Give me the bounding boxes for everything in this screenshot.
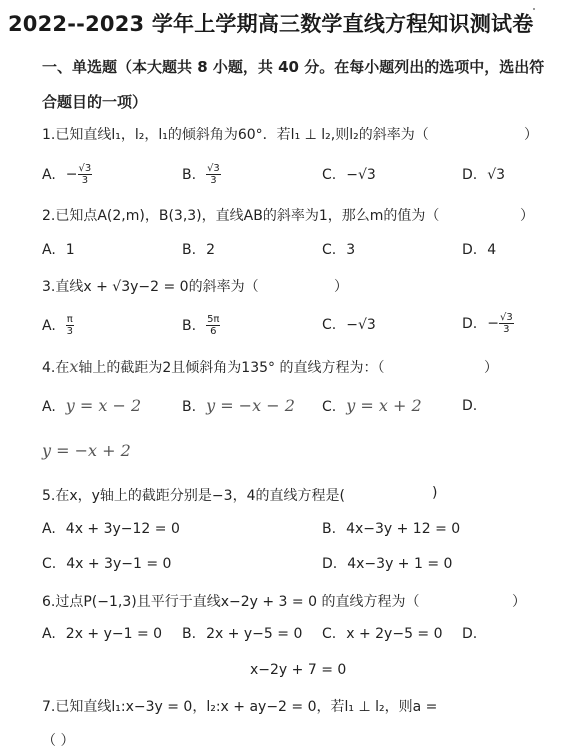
question-6-stem: 6.过点P(−1,3)且平行于直线x−2y + 3 = 0 的直线方程为（ xyxy=(42,591,419,611)
option-sign: − xyxy=(66,167,78,183)
question-3-option-b[interactable]: B.5π6 xyxy=(182,314,220,337)
question-5-option-a[interactable]: A.4x + 3y−12 = 0 xyxy=(42,521,180,537)
question-number: 6. xyxy=(42,594,55,610)
question-1-option-b[interactable]: B.√33 xyxy=(182,163,221,186)
option-value: 2x + y−1 = 0 xyxy=(66,626,162,642)
question-5-close-paren: ) xyxy=(432,485,437,501)
question-7-answer-blank: （ ） xyxy=(42,730,74,750)
option-value: 4x−3y + 12 = 0 xyxy=(346,521,460,537)
option-label: D. xyxy=(462,167,477,183)
question-2-option-b[interactable]: B.2 xyxy=(182,242,215,258)
question-text: 已知直线l₁:x−3y = 0，l₂:x + ay−2 = 0，若l₁ ⊥ l₂… xyxy=(55,699,437,715)
question-6-option-d-value[interactable]: x−2y + 7 = 0 xyxy=(250,662,346,678)
question-3-option-a[interactable]: A.π3 xyxy=(42,314,74,337)
option-value: y = −x + 2 xyxy=(42,441,131,460)
numerator: π xyxy=(66,314,74,326)
option-label: C. xyxy=(322,242,336,258)
question-4-option-c[interactable]: C.y = x + 2 xyxy=(322,396,422,415)
option-value: 4 xyxy=(487,242,496,258)
option-sign: − xyxy=(487,316,499,332)
option-label: A. xyxy=(42,242,56,258)
question-number: 1. xyxy=(42,127,55,143)
question-7-stem: 7.已知直线l₁:x−3y = 0，l₂:x + ay−2 = 0，若l₁ ⊥ … xyxy=(42,696,437,716)
option-label: A. xyxy=(42,521,56,537)
denominator: 3 xyxy=(503,324,509,335)
question-text: 过点P(−1,3)且平行于直线x−2y + 3 = 0 的直线方程为（ xyxy=(55,594,419,610)
option-value: 4x−3y + 1 = 0 xyxy=(347,556,452,572)
question-6-close-paren: ） xyxy=(512,591,526,611)
question-2-option-d[interactable]: D.4 xyxy=(462,242,496,258)
option-value: −√3 xyxy=(346,167,376,183)
question-6-option-d-label[interactable]: D. xyxy=(462,626,477,642)
question-number: 2. xyxy=(42,208,55,224)
option-value: 4x + 3y−12 = 0 xyxy=(66,521,180,537)
question-2-close-paren: ） xyxy=(520,205,534,225)
question-text: 在 xyxy=(55,360,69,376)
fraction: √33 xyxy=(206,163,221,186)
denominator: 6 xyxy=(210,326,216,337)
question-4-option-b[interactable]: B.y = −x − 2 xyxy=(182,396,295,415)
option-label: C. xyxy=(322,399,336,415)
fraction: √33 xyxy=(78,163,93,186)
question-text: 已知点A(2,m)，B(3,3)，直线AB的斜率为1，那么m的值为（ xyxy=(55,208,439,224)
option-value: −√3 xyxy=(346,317,376,333)
option-value: y = x − 2 xyxy=(66,396,141,415)
denominator: 3 xyxy=(82,175,88,186)
option-value: 4x + 3y−1 = 0 xyxy=(66,556,171,572)
question-number: 5. xyxy=(42,488,55,504)
option-label: C. xyxy=(42,556,56,572)
question-text: 已知直线l₁，l₂，l₁的倾斜角为60°．若l₁ ⊥ l₂,则l₂的斜率为（ xyxy=(55,127,428,143)
option-label: B. xyxy=(182,242,196,258)
numerator: 5π xyxy=(206,314,220,326)
question-number: 4. xyxy=(42,360,55,376)
option-label: C. xyxy=(322,167,336,183)
question-4-option-a[interactable]: A.y = x − 2 xyxy=(42,396,141,415)
question-2-option-c[interactable]: C.3 xyxy=(322,242,355,258)
question-number: 7. xyxy=(42,699,55,715)
option-value: y = x + 2 xyxy=(346,396,421,415)
question-5-option-b[interactable]: B.4x−3y + 12 = 0 xyxy=(322,521,460,537)
fraction: 5π6 xyxy=(206,314,220,337)
question-1-option-c[interactable]: C.−√3 xyxy=(322,167,376,183)
question-6-option-a[interactable]: A.2x + y−1 = 0 xyxy=(42,626,162,642)
option-label: D. xyxy=(462,242,477,258)
option-value: y = −x − 2 xyxy=(206,396,295,415)
question-1-close-paren: ） xyxy=(524,124,538,144)
option-value: 3 xyxy=(346,242,355,258)
document-title: 2022--2023 学年上学期高三数学直线方程知识测试卷 xyxy=(8,8,533,38)
question-4-option-d-value[interactable]: y = −x + 2 xyxy=(42,441,131,460)
denominator: 3 xyxy=(67,326,73,337)
question-text: 在x，y轴上的截距分别是−3，4的直线方程是( xyxy=(55,488,345,504)
question-1-option-d[interactable]: D.√3 xyxy=(462,167,505,183)
question-number: 3. xyxy=(42,279,55,295)
question-3-option-c[interactable]: C.−√3 xyxy=(322,317,376,333)
question-4-stem: 4.在x轴上的截距为2且倾斜角为135° 的直线方程为：（ xyxy=(42,357,384,377)
option-label: B. xyxy=(182,167,196,183)
option-label: D. xyxy=(322,556,337,572)
option-value: √3 xyxy=(487,167,505,183)
question-text: 直线x + √3y−2 = 0的斜率为（ xyxy=(55,279,258,295)
question-6-option-c[interactable]: C.x + 2y−5 = 0 xyxy=(322,626,443,642)
option-label: C. xyxy=(322,317,336,333)
option-value: 2x + y−5 = 0 xyxy=(206,626,302,642)
numerator: √3 xyxy=(78,163,93,175)
question-2-stem: 2.已知点A(2,m)，B(3,3)，直线AB的斜率为1，那么m的值为（ xyxy=(42,205,439,225)
denominator: 3 xyxy=(210,175,216,186)
question-5-option-d[interactable]: D.4x−3y + 1 = 0 xyxy=(322,556,452,572)
option-label: A. xyxy=(42,318,56,334)
question-2-option-a[interactable]: A.1 xyxy=(42,242,75,258)
question-text: 轴上的截距为2且倾斜角为135° 的直线方程为：（ xyxy=(78,360,384,376)
numerator: √3 xyxy=(499,312,514,324)
fraction: π3 xyxy=(66,314,74,337)
section-heading-line2: 合题目的一项） xyxy=(42,91,147,112)
option-value: x + 2y−5 = 0 xyxy=(346,626,442,642)
question-1-option-a[interactable]: A.−√33 xyxy=(42,163,92,186)
option-label: A. xyxy=(42,399,56,415)
question-5-stem: 5.在x，y轴上的截距分别是−3，4的直线方程是( xyxy=(42,485,345,505)
question-3-stem: 3.直线x + √3y−2 = 0的斜率为（ xyxy=(42,276,259,296)
question-3-option-d[interactable]: D.−√33 xyxy=(462,312,514,335)
question-4-option-d-label[interactable]: D. xyxy=(462,398,477,414)
question-5-option-c[interactable]: C.4x + 3y−1 = 0 xyxy=(42,556,171,572)
option-label: B. xyxy=(182,626,196,642)
section-heading-line1: 一、单选题（本大题共 8 小题，共 40 分。在每小题列出的选项中，选出符 xyxy=(42,56,544,77)
question-1-stem: 1.已知直线l₁，l₂，l₁的倾斜角为60°．若l₁ ⊥ l₂,则l₂的斜率为（ xyxy=(42,124,429,144)
numerator: √3 xyxy=(206,163,221,175)
option-label: B. xyxy=(182,318,196,334)
option-label: D. xyxy=(462,316,477,332)
option-label: B. xyxy=(182,399,196,415)
option-label: A. xyxy=(42,626,56,642)
option-value: 2 xyxy=(206,242,215,258)
fraction: √33 xyxy=(499,312,514,335)
option-label: C. xyxy=(322,626,336,642)
question-3-close-paren: ） xyxy=(334,276,348,296)
option-value: 1 xyxy=(66,242,75,258)
question-6-option-b[interactable]: B.2x + y−5 = 0 xyxy=(182,626,302,642)
question-4-close-paren: ） xyxy=(484,357,498,377)
option-label: B. xyxy=(322,521,336,537)
option-label: A. xyxy=(42,167,56,183)
